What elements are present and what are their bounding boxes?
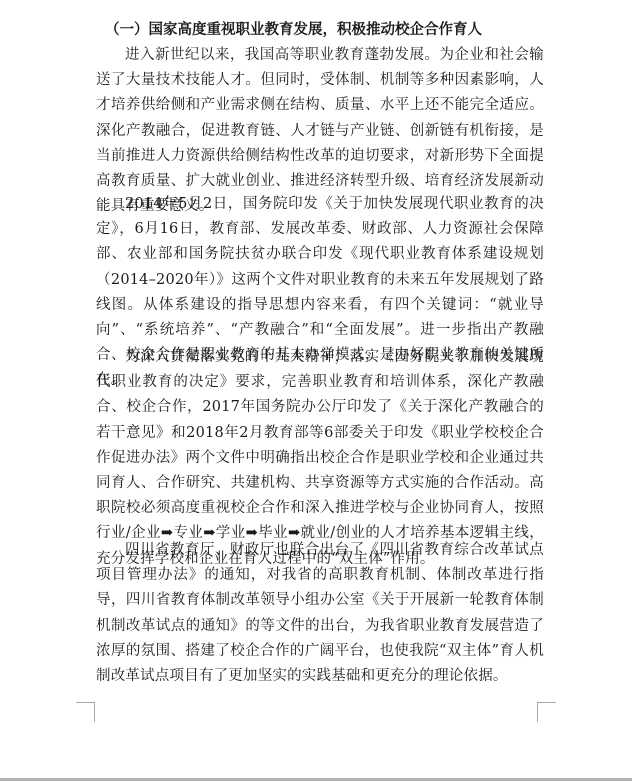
margin-crop-mark-left [76,702,95,722]
paragraph-4: 四川省教育厅、财政厅也联合出台了《四川省教育综合改革试点项目管理办法》的通知，对… [96,538,544,689]
margin-crop-mark-right [537,702,556,722]
section-heading: （一）国家高度重视职业教育发展，积极推动校企合作育人 [105,20,525,40]
document-page: （一）国家高度重视职业教育发展，积极推动校企合作育人 进入新世纪以来，我国高等职… [0,0,632,778]
